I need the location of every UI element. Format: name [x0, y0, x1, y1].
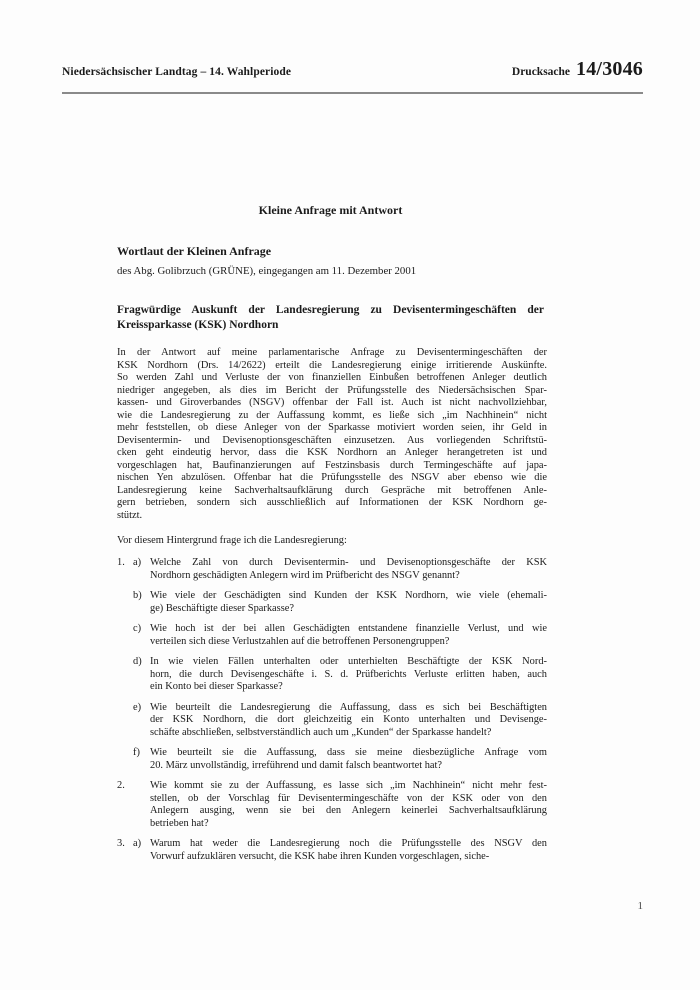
- text-line: ge) Beschäftigte dieser Sparkasse?: [150, 603, 547, 616]
- text-line: stützt.: [117, 510, 547, 523]
- question-letter: f): [133, 747, 150, 772]
- text-line: mehr feststellen, ob diese Anleger von d…: [117, 422, 547, 435]
- text-line: Vorwurf aufzuklären versucht, die KSK ha…: [150, 851, 547, 864]
- text-line: betrieben hat?: [150, 818, 547, 831]
- text-line: KSK Nordhorn (Drs. 14/2622) erteilt die …: [117, 360, 547, 373]
- text-line: ein Konto bei dieser Sparkasse?: [150, 681, 547, 694]
- text-line: cken geht eindeutig hervor, dass die KSK…: [117, 447, 547, 460]
- text-line: Landesregierung keine Sachverhaltsaufklä…: [117, 485, 547, 498]
- question-number: 2.: [117, 780, 133, 830]
- text-line: gern betrieben, sondern sich ausschließl…: [117, 497, 547, 510]
- question-letter: b): [133, 590, 150, 615]
- question-text: Welche Zahl von durch Devisentermin- und…: [150, 557, 547, 582]
- text-line: Devisentermin- und Devisenoptionsgeschäf…: [117, 435, 547, 448]
- question-number: 3.: [117, 838, 133, 863]
- question-item: c)Wie hoch ist der bei allen Geschädigte…: [117, 623, 547, 648]
- text-line: horn, die durch Devisengeschäfte i. S. d…: [150, 669, 547, 682]
- question-item: d)In wie vielen Fällen unterhalten oder …: [117, 656, 547, 694]
- question-item: 1.a)Welche Zahl von durch Devisentermin-…: [117, 557, 547, 582]
- question-item: 3.a)Warum hat weder die Landesregierung …: [117, 838, 547, 863]
- section-heading: Wortlaut der Kleinen Anfrage: [117, 244, 271, 259]
- intro-paragraph: In der Antwort auf meine parlamentarisch…: [117, 347, 547, 522]
- question-text: Wie kommt sie zu der Auffassung, es lass…: [150, 780, 547, 830]
- text-line: Warum hat weder die Landesregierung noch…: [150, 838, 547, 851]
- text-line: Fragwürdige Auskunft der Landesregierung…: [117, 303, 544, 318]
- document-page: Niedersächsischer Landtag – 14. Wahlperi…: [0, 0, 700, 990]
- question-list: 1.a)Welche Zahl von durch Devisentermin-…: [117, 557, 547, 871]
- question-text: Wie viele der Geschädigten sind Kunden d…: [150, 590, 547, 615]
- question-item: 2.Wie kommt sie zu der Auffassung, es la…: [117, 780, 547, 830]
- subject-title: Fragwürdige Auskunft der Landesregierung…: [117, 303, 544, 333]
- question-letter: [133, 780, 150, 830]
- text-line: Anlegern ausging, wenn sie bei den Anleg…: [150, 805, 547, 818]
- question-letter: c): [133, 623, 150, 648]
- text-line: Wie hoch ist der bei allen Geschädigten …: [150, 623, 547, 636]
- question-text: Wie hoch ist der bei allen Geschädigten …: [150, 623, 547, 648]
- text-line: Kreissparkasse (KSK) Nordhorn: [117, 318, 544, 333]
- lead-in-line: Vor diesem Hintergrund frage ich die Lan…: [117, 535, 547, 546]
- drucksache-label: Drucksache: [512, 66, 570, 78]
- text-line: kassen- und Giroverbandes (NSGV) offenba…: [117, 397, 547, 410]
- question-item: f)Wie beurteilt sie die Auffassung, dass…: [117, 747, 547, 772]
- question-letter: a): [133, 557, 150, 582]
- text-line: 20. März unvollständig, irreführend und …: [150, 760, 547, 773]
- page-header: Niedersächsischer Landtag – 14. Wahlperi…: [62, 58, 643, 81]
- question-letter: d): [133, 656, 150, 694]
- text-line: vorgeschlagen hat, Baufinanzierungen auf…: [117, 460, 547, 473]
- header-title: Niedersächsischer Landtag – 14. Wahlperi…: [62, 66, 291, 78]
- question-number: [117, 590, 133, 615]
- question-number: [117, 702, 133, 740]
- question-text: Wie beurteilt sie die Auffassung, dass s…: [150, 747, 547, 772]
- text-line: Wie kommt sie zu der Auffassung, es lass…: [150, 780, 547, 793]
- text-line: der KSK Nordhorn, die dort gleichzeitig …: [150, 714, 547, 727]
- text-line: stellen, ob der Vorschlag für Devisenter…: [150, 793, 547, 806]
- text-line: So werden Zahl und Verluste der von fina…: [117, 372, 547, 385]
- document-reference: Drucksache 14/3046: [512, 58, 643, 81]
- text-line: Welche Zahl von durch Devisentermin- und…: [150, 557, 547, 570]
- question-number: [117, 623, 133, 648]
- text-line: verteilen sich diese Verlustzahlen auf d…: [150, 636, 547, 649]
- drucksache-number: 14/3046: [576, 58, 643, 81]
- text-line: schäfte abschließen, selbstverständlich …: [150, 727, 547, 740]
- question-number: 1.: [117, 557, 133, 582]
- question-item: e)Wie beurteilt die Landesregierung die …: [117, 702, 547, 740]
- question-letter: a): [133, 838, 150, 863]
- text-line: Wie viele der Geschädigten sind Kunden d…: [150, 590, 547, 603]
- question-number: [117, 656, 133, 694]
- question-text: Wie beurteilt die Landesregierung die Au…: [150, 702, 547, 740]
- doc-type-heading: Kleine Anfrage mit Antwort: [117, 203, 544, 218]
- header-rule: [62, 92, 643, 94]
- question-text: Warum hat weder die Landesregierung noch…: [150, 838, 547, 863]
- text-line: nischen Yen abzulösen. Offenbar hat die …: [117, 472, 547, 485]
- text-line: In der Antwort auf meine parlamentarisch…: [117, 347, 547, 360]
- question-letter: e): [133, 702, 150, 740]
- text-line: In wie vielen Fällen unterhalten oder un…: [150, 656, 547, 669]
- text-line: wie die Landesregierung zu der Auffassun…: [117, 410, 547, 423]
- page-number: 1: [62, 900, 643, 912]
- submitter-line: des Abg. Golibrzuch (GRÜNE), eingegangen…: [117, 265, 416, 277]
- question-text: In wie vielen Fällen unterhalten oder un…: [150, 656, 547, 694]
- question-number: [117, 747, 133, 772]
- question-item: b)Wie viele der Geschädigten sind Kunden…: [117, 590, 547, 615]
- text-line: Wie beurteilt sie die Auffassung, dass s…: [150, 747, 547, 760]
- text-line: Wie beurteilt die Landesregierung die Au…: [150, 702, 547, 715]
- text-line: Nordhorn geschädigten Anlegern wird im P…: [150, 570, 547, 583]
- text-line: niedriger angegeben, als dies im Bericht…: [117, 385, 547, 398]
